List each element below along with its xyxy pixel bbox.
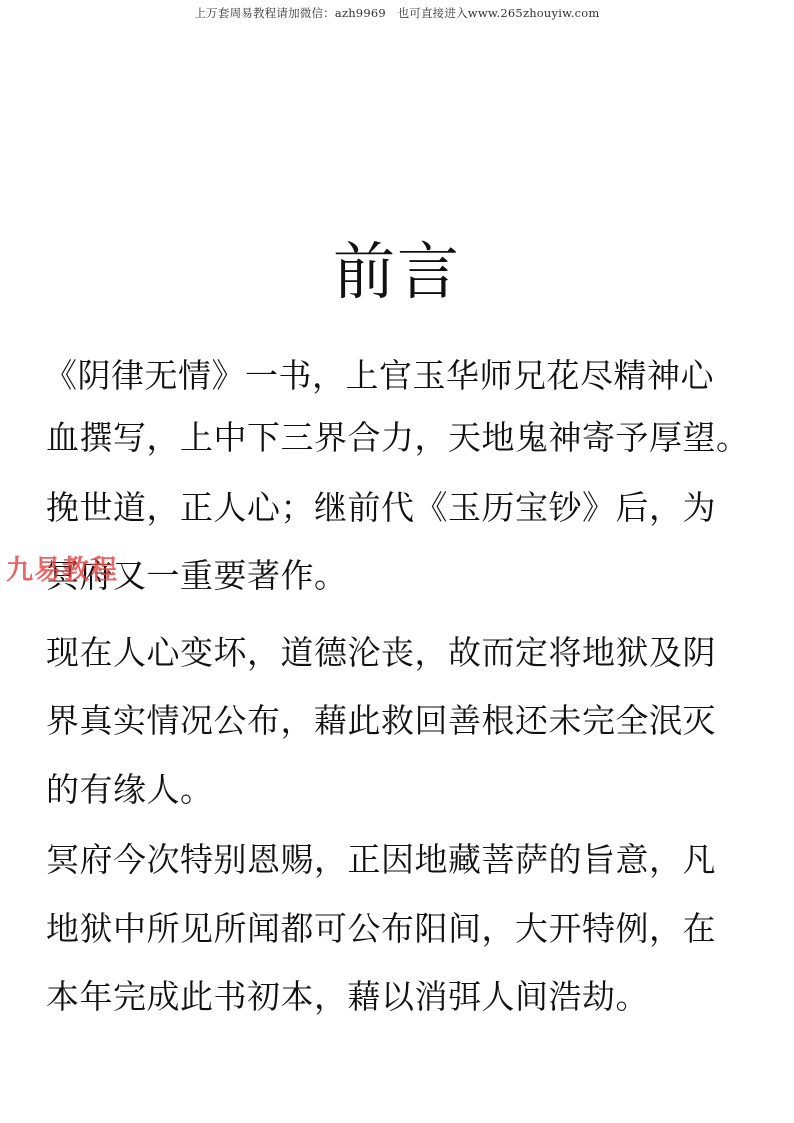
text-line: 界真实情况公布，藉此救回善根还未完全泯灭 (46, 701, 716, 741)
text-line: 地狱中所见所闻都可公布阳间，大开特例，在 (46, 909, 716, 949)
text-line: 挽世道，正人心；继前代《玉历宝钞》后，为 (46, 488, 716, 528)
header-watermark-note: 上万套周易教程请加微信：azh9969 也可直接进入www.265zhouyiw… (0, 5, 794, 21)
text-line: 本年完成此书初本，藉以消弭人间浩劫。 (46, 977, 649, 1017)
text-line: 的有缘人。 (46, 770, 214, 810)
text-line: 冥府今次特别恩赐，正因地藏菩萨的旨意，凡 (46, 840, 716, 880)
watermark-logo: 九易教程 (6, 548, 118, 587)
page-title: 前言 (0, 222, 794, 311)
text-line: 《阴律无情》一书，上官玉华师兄花尽精神心 (44, 356, 714, 396)
text-line: 血撰写，上中下三界合力，天地鬼神寄予厚望。 (46, 418, 750, 458)
text-line: 现在人心变坏，道德沦丧，故而定将地狱及阴 (46, 633, 716, 673)
